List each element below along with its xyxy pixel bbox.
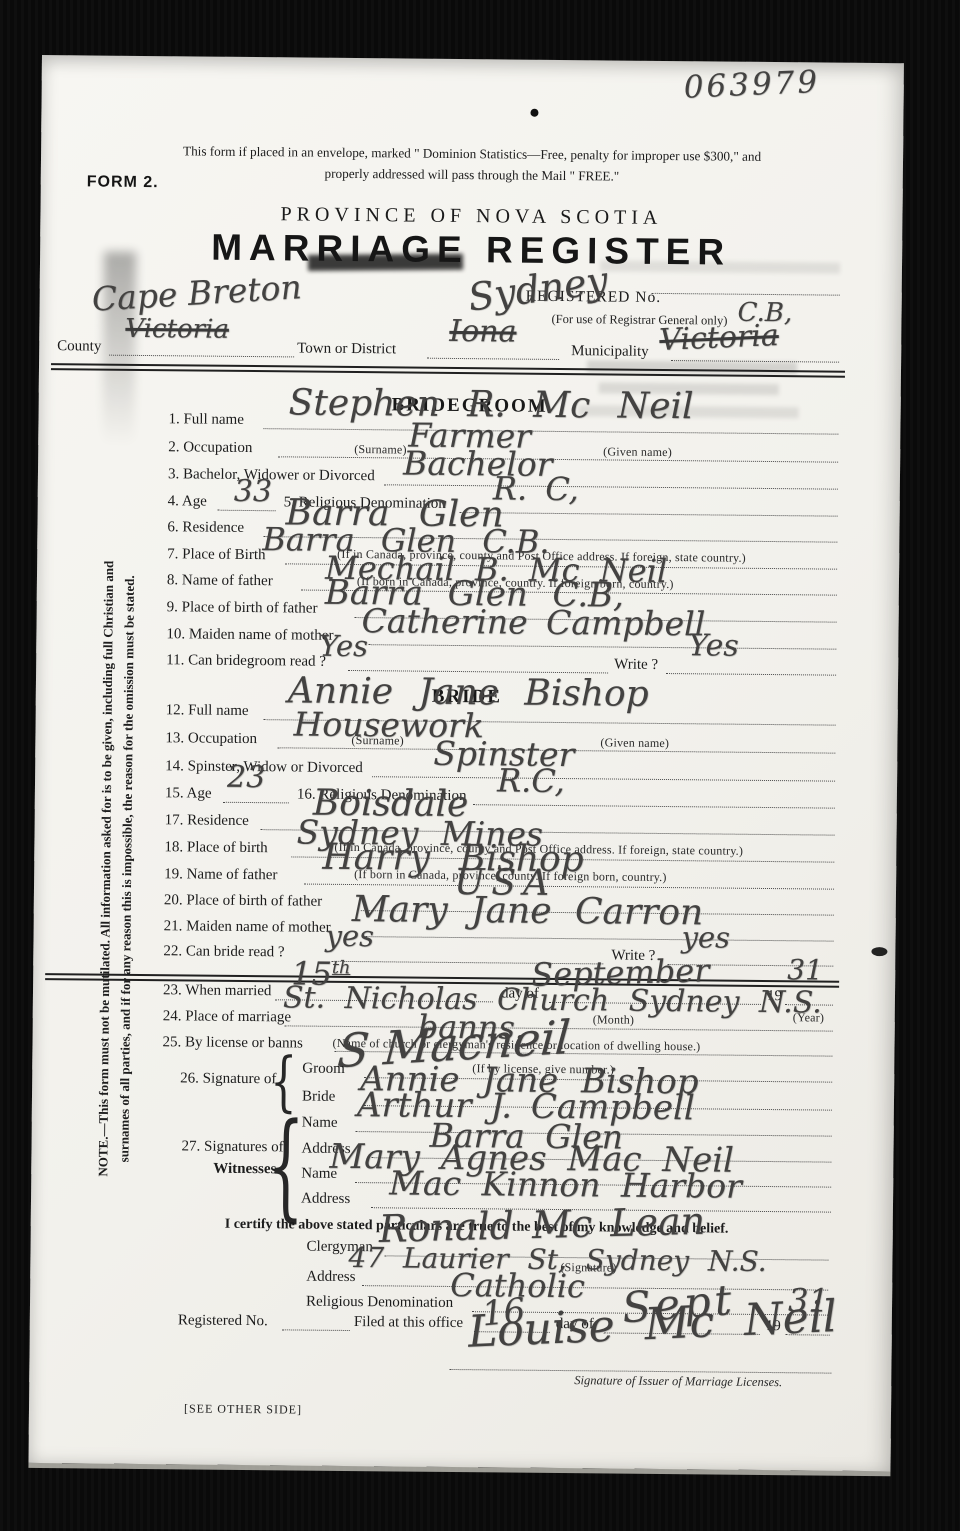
clergyman-religion-label: Religious Denomination — [306, 1294, 453, 1312]
witness2-name-label: Name — [301, 1166, 337, 1183]
bridegroom-read-label: 11. Can bridegroom read ? — [166, 652, 326, 671]
bridegroom-occupation-label: 2. Occupation — [168, 439, 252, 457]
bride-mother-value: Mary Jane Carron — [352, 892, 704, 931]
groom-label: Groom — [302, 1061, 345, 1078]
day-suffix: th — [332, 958, 351, 978]
line — [384, 482, 838, 489]
line — [282, 1327, 350, 1331]
bridegroom-write-value: Yes — [688, 631, 739, 661]
issuer-signature: Louise Mc Neil — [467, 1295, 838, 1355]
clergyman-address-label: Address — [306, 1269, 355, 1286]
bride-occupation-label: 13. Occupation — [165, 730, 257, 748]
side-note: NOTE.—This form must not be mutilated. A… — [93, 520, 141, 1218]
town-crossed-out: Iona — [449, 317, 516, 348]
when-married-label: 23. When married — [163, 982, 272, 1000]
bridegroom-write-label: Write ? — [614, 657, 658, 674]
bridegroom-birthplace-label: 7. Place of Birth — [167, 546, 265, 564]
witness1-name-label: Name — [302, 1115, 338, 1132]
bridegroom-fullname-label: 1. Full name — [168, 411, 244, 429]
municipality-line — [671, 358, 839, 363]
line — [368, 642, 836, 649]
brace-27: { — [267, 1107, 305, 1223]
marriage-place-label: 24. Place of marriage — [163, 1008, 291, 1026]
witness2-address-label: Address — [301, 1191, 350, 1208]
section-divider — [51, 363, 845, 378]
line — [362, 1283, 828, 1290]
see-other-side: [SEE OTHER SIDE] — [184, 1401, 302, 1417]
bride-father-birthplace-label: 20. Place of birth of father — [164, 892, 322, 911]
bridegroom-read-value: Yes — [319, 632, 368, 661]
paper: 063979 This form if placed in an envelop… — [28, 55, 903, 1471]
issuer-caption: Signature of Issuer of Marriage Licenses… — [574, 1373, 782, 1390]
bridegroom-mother-label: 10. Maiden name of mother — [166, 626, 333, 645]
scanned-page: 063979 This form if placed in an envelop… — [0, 0, 960, 1531]
bride-label: Bride — [302, 1089, 335, 1106]
town-line — [427, 356, 559, 360]
line — [223, 800, 289, 804]
county-handwritten: Cape Breton — [91, 270, 303, 316]
ink-spot — [871, 947, 887, 956]
county-label: County — [57, 338, 101, 355]
line — [372, 774, 835, 781]
bridegroom-residence-label: 6. Residence — [167, 519, 244, 537]
bride-mother-label: 21. Maiden name of mother — [164, 918, 331, 937]
municipality-label: Municipality — [571, 343, 649, 361]
bridegroom-age-value: 33 — [234, 477, 272, 507]
bridegroom-father-birthplace-label: 9. Place of birth of father — [167, 599, 318, 617]
ink-dot — [530, 109, 538, 117]
stamped-code: 063979 — [683, 67, 821, 104]
bride-birthplace-label: 18. Place of birth — [164, 839, 267, 857]
line — [278, 454, 838, 462]
line — [473, 802, 835, 808]
line — [449, 1367, 831, 1374]
bride-religion-value: R.C, — [497, 764, 565, 797]
filed-label: Filed at this office — [354, 1314, 463, 1332]
bride-read-value: yes — [325, 922, 374, 951]
line — [366, 934, 834, 941]
line — [263, 426, 838, 435]
mailing-notice: This form if placed in an envelope, mark… — [141, 140, 803, 189]
municipality-crossed-out: Victoria — [659, 321, 780, 356]
bridegroom-age-label: 4. Age — [168, 493, 207, 510]
bridegroom-mother-value: Catherine Campbell — [361, 604, 705, 640]
line — [218, 508, 276, 512]
town-label: Town or District — [297, 340, 396, 358]
county-crossed-out: Victoria — [125, 316, 229, 343]
bride-read-label: 22. Can bride read ? — [163, 943, 284, 961]
married-year-value: 31 — [787, 956, 823, 984]
bridegroom-religion-value: R. C, — [493, 472, 579, 505]
registered-no-bottom-label: Registered No. — [178, 1312, 268, 1330]
county-line — [109, 353, 294, 358]
form-number: FORM 2. — [87, 173, 159, 192]
line — [460, 510, 838, 517]
bride-fullname-label: 12. Full name — [166, 702, 249, 720]
bride-residence-label: 17. Residence — [165, 812, 249, 830]
bride-write-value: yes — [681, 923, 730, 952]
bridegroom-father-label: 8. Name of father — [167, 572, 273, 590]
registered-no-line — [652, 291, 840, 296]
bride-father-label: 19. Name of father — [164, 866, 277, 884]
bride-age-label: 15. Age — [165, 785, 212, 802]
signature-of-label: 26. Signature of — [180, 1070, 276, 1088]
witness2-address-value: Mac Kinnon Harbor — [389, 1166, 742, 1202]
page-title: MARRIAGE REGISTER — [40, 225, 902, 275]
bride-age-value: 23 — [227, 763, 265, 793]
line — [666, 671, 836, 676]
